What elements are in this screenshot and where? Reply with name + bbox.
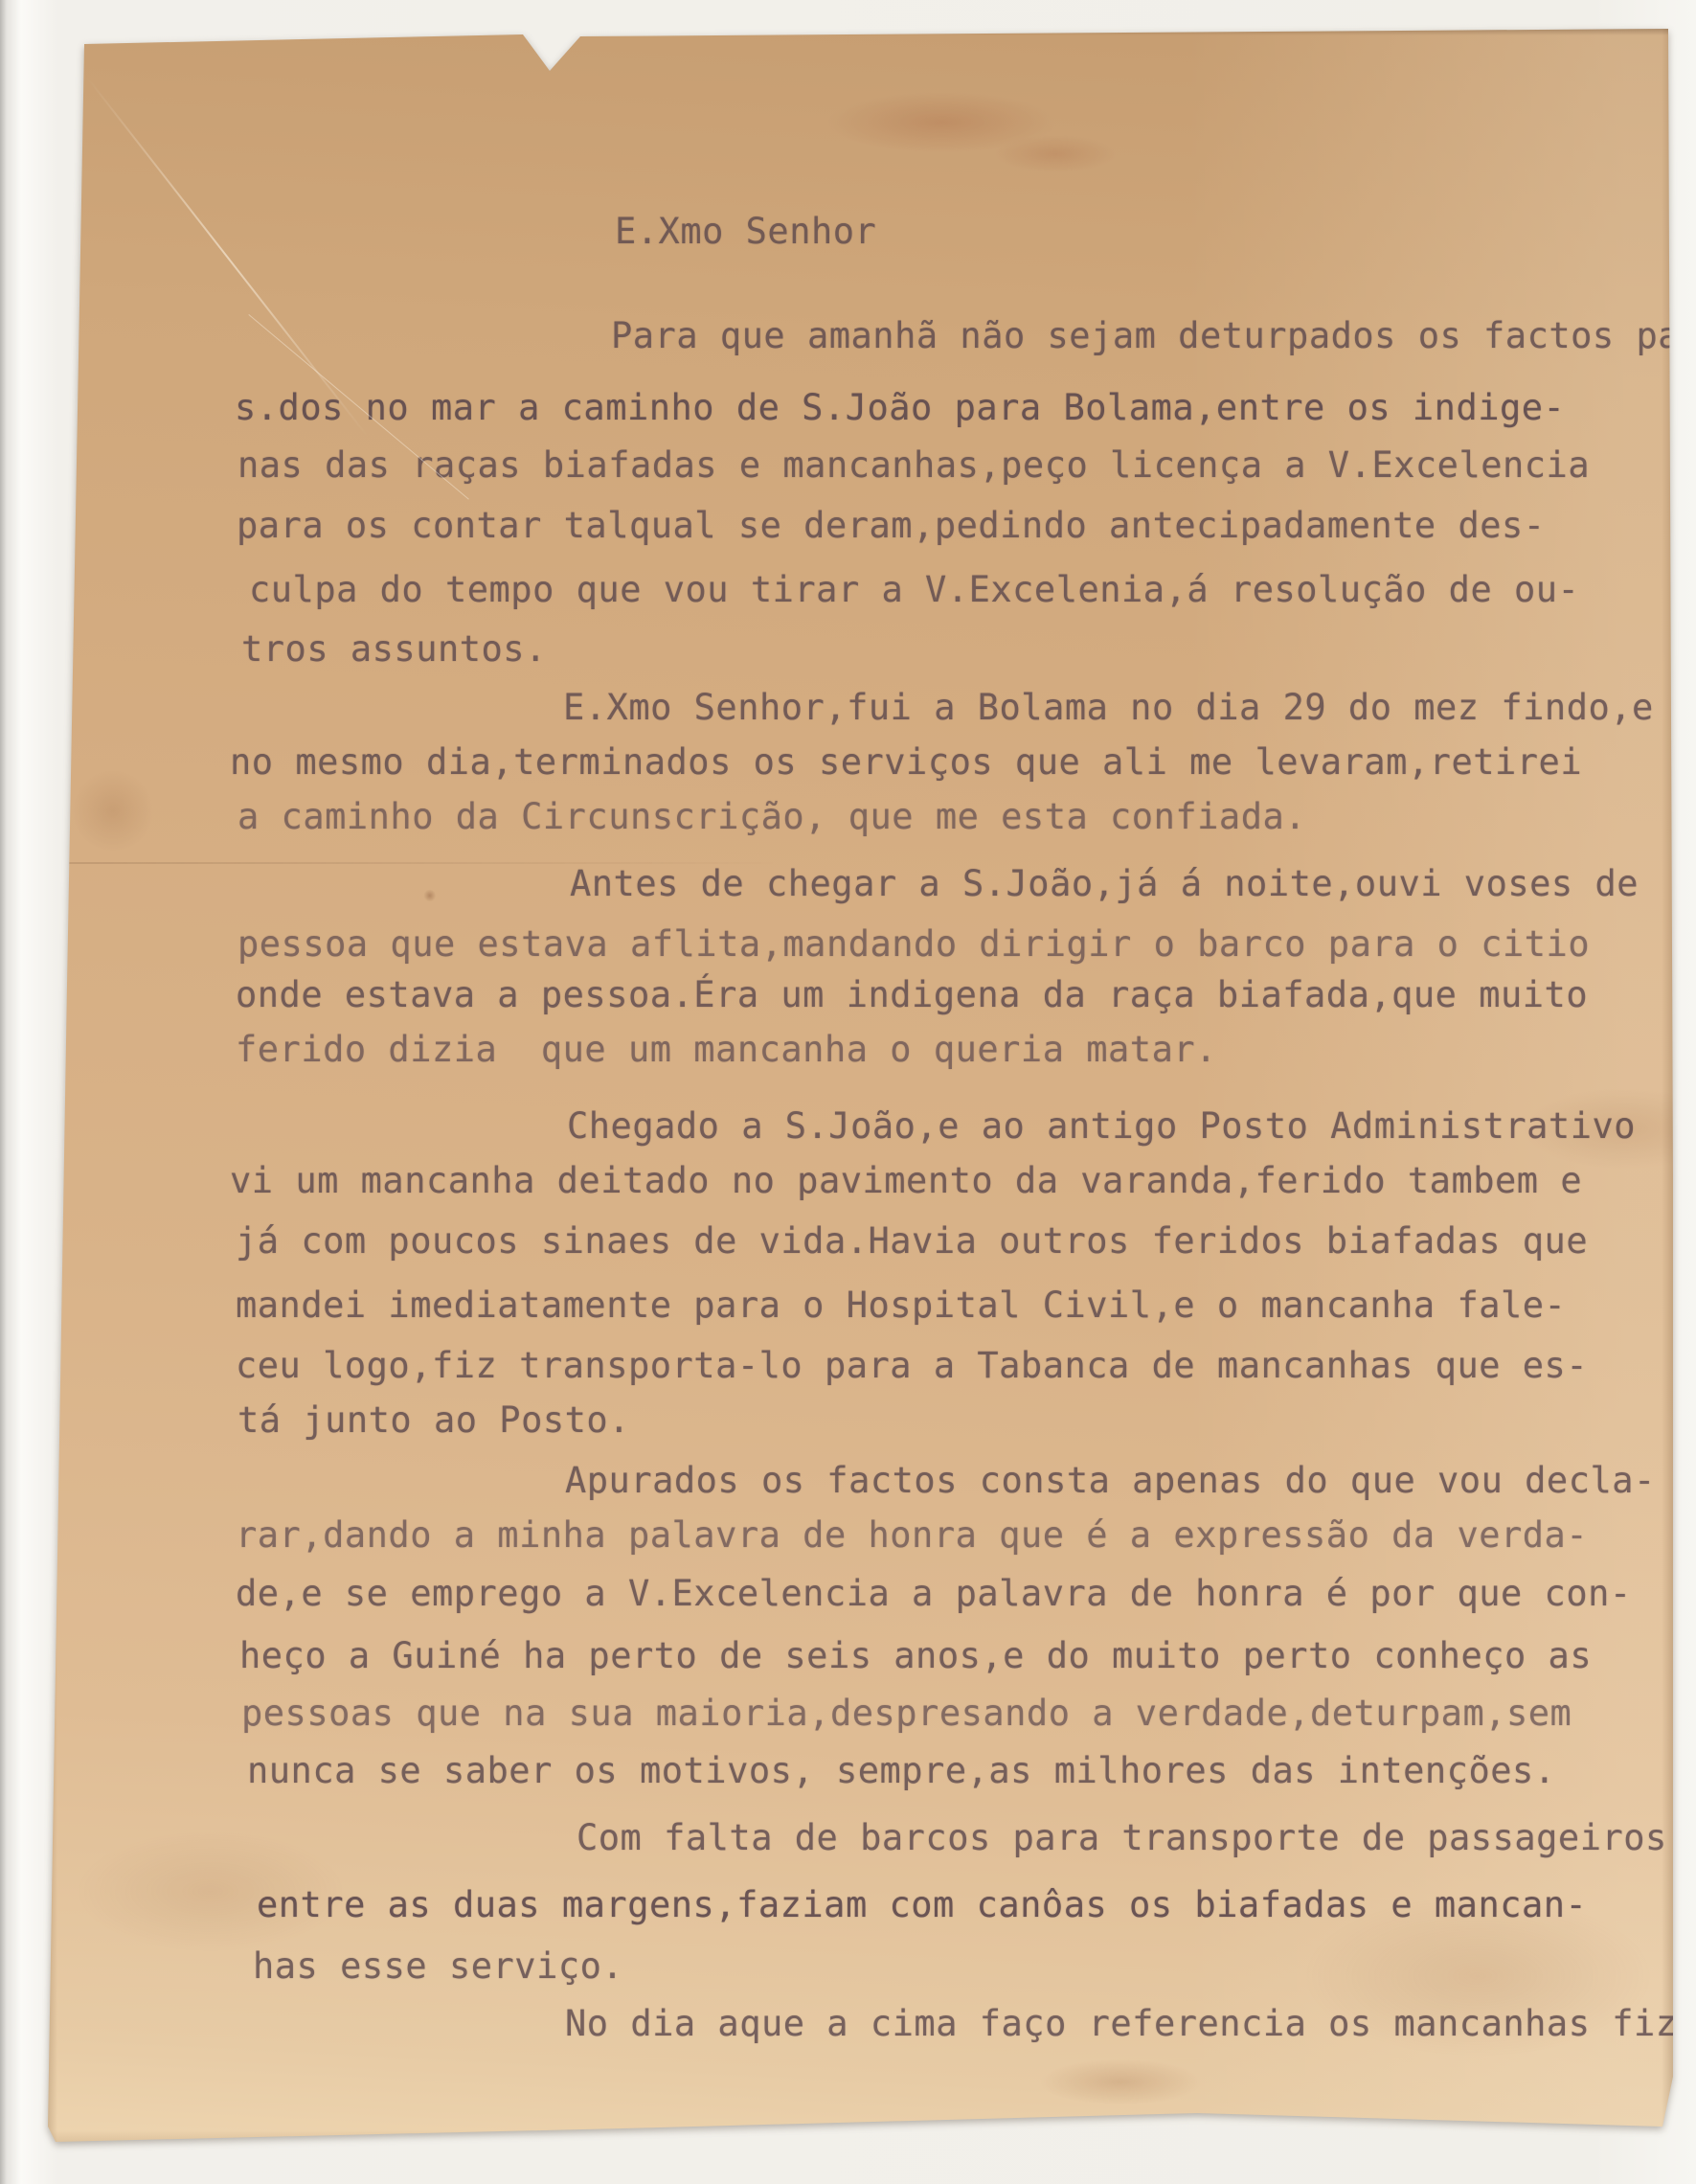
letter-line-07: E.Xmo Senhor,fui a Bolama no dia 29 do m… bbox=[563, 687, 1654, 728]
letter-line-15: vi um mancanha deitado no pavimento da v… bbox=[230, 1160, 1582, 1201]
paper-shadow-wrap: E.Xmo Senhor Para que amanhã não sejam d… bbox=[0, 0, 1696, 2184]
letter-line-10: Antes de chegar a S.João,já á noite,ouvi… bbox=[570, 863, 1639, 904]
letter-line-22: de,e se emprego a V.Excelencia a palavra… bbox=[236, 1573, 1632, 1614]
letter-line-11: pessoa que estava aflita,mandando dirigi… bbox=[237, 923, 1590, 965]
letter-line-02: s.dos no mar a caminho de S.João para Bo… bbox=[235, 387, 1565, 428]
letter-line-23: heço a Guiné ha perto de seis anos,e do … bbox=[239, 1635, 1592, 1676]
letter-line-09: a caminho da Circunscrição, que me esta … bbox=[237, 796, 1306, 837]
scanner-background: E.Xmo Senhor Para que amanhã não sejam d… bbox=[0, 0, 1696, 2184]
letter-line-20: Apurados os factos consta apenas do que … bbox=[565, 1460, 1656, 1501]
letter-line-01: Para que amanhã não sejam deturpados os … bbox=[611, 315, 1696, 356]
letter-body: E.Xmo Senhor Para que amanhã não sejam d… bbox=[48, 27, 1673, 2146]
letter-line-27: entre as duas margens,faziam com canôas … bbox=[257, 1884, 1587, 1925]
letter-line-05: culpa do tempo que vou tirar a V.Excelen… bbox=[249, 569, 1579, 610]
letter-line-12: onde estava a pessoa.Éra um indigena da … bbox=[236, 974, 1588, 1015]
letter-line-17: mandei imediatamente para o Hospital Civ… bbox=[236, 1285, 1566, 1326]
letter-line-19: tá junto ao Posto. bbox=[237, 1399, 630, 1441]
letter-line-04: para os contar talqual se deram,pedindo … bbox=[237, 505, 1546, 546]
letter-line-26: Com falta de barcos para transporte de p… bbox=[577, 1817, 1667, 1858]
letter-line-16: já com poucos sinaes de vida.Havia outro… bbox=[236, 1220, 1588, 1262]
letter-line-03: nas das raças biafadas e mancanhas,peço … bbox=[237, 444, 1590, 486]
letter-line-25: nunca se saber os motivos, sempre,as mil… bbox=[247, 1750, 1556, 1791]
letter-line-18: ceu logo,fiz transporta-lo para a Tabanc… bbox=[236, 1345, 1588, 1386]
letter-line-06: tros assuntos. bbox=[241, 628, 547, 670]
letter-page: E.Xmo Senhor Para que amanhã não sejam d… bbox=[48, 27, 1673, 2146]
letter-heading: E.Xmo Senhor bbox=[615, 211, 876, 252]
letter-line-21: rar,dando a minha palavra de honra que é… bbox=[236, 1514, 1588, 1556]
letter-line-14: Chegado a S.João,e ao antigo Posto Admin… bbox=[567, 1105, 1636, 1147]
letter-line-13: ferido dizia que um mancanha o queria ma… bbox=[236, 1029, 1217, 1070]
letter-line-08: no mesmo dia,terminados os serviços que … bbox=[230, 741, 1582, 783]
letter-line-24: pessoas que na sua maioria,despresando a… bbox=[241, 1693, 1572, 1734]
letter-line-28: has esse serviço. bbox=[253, 1945, 623, 1987]
letter-line-29: No dia aque a cima faço referencia os ma… bbox=[565, 2003, 1696, 2044]
